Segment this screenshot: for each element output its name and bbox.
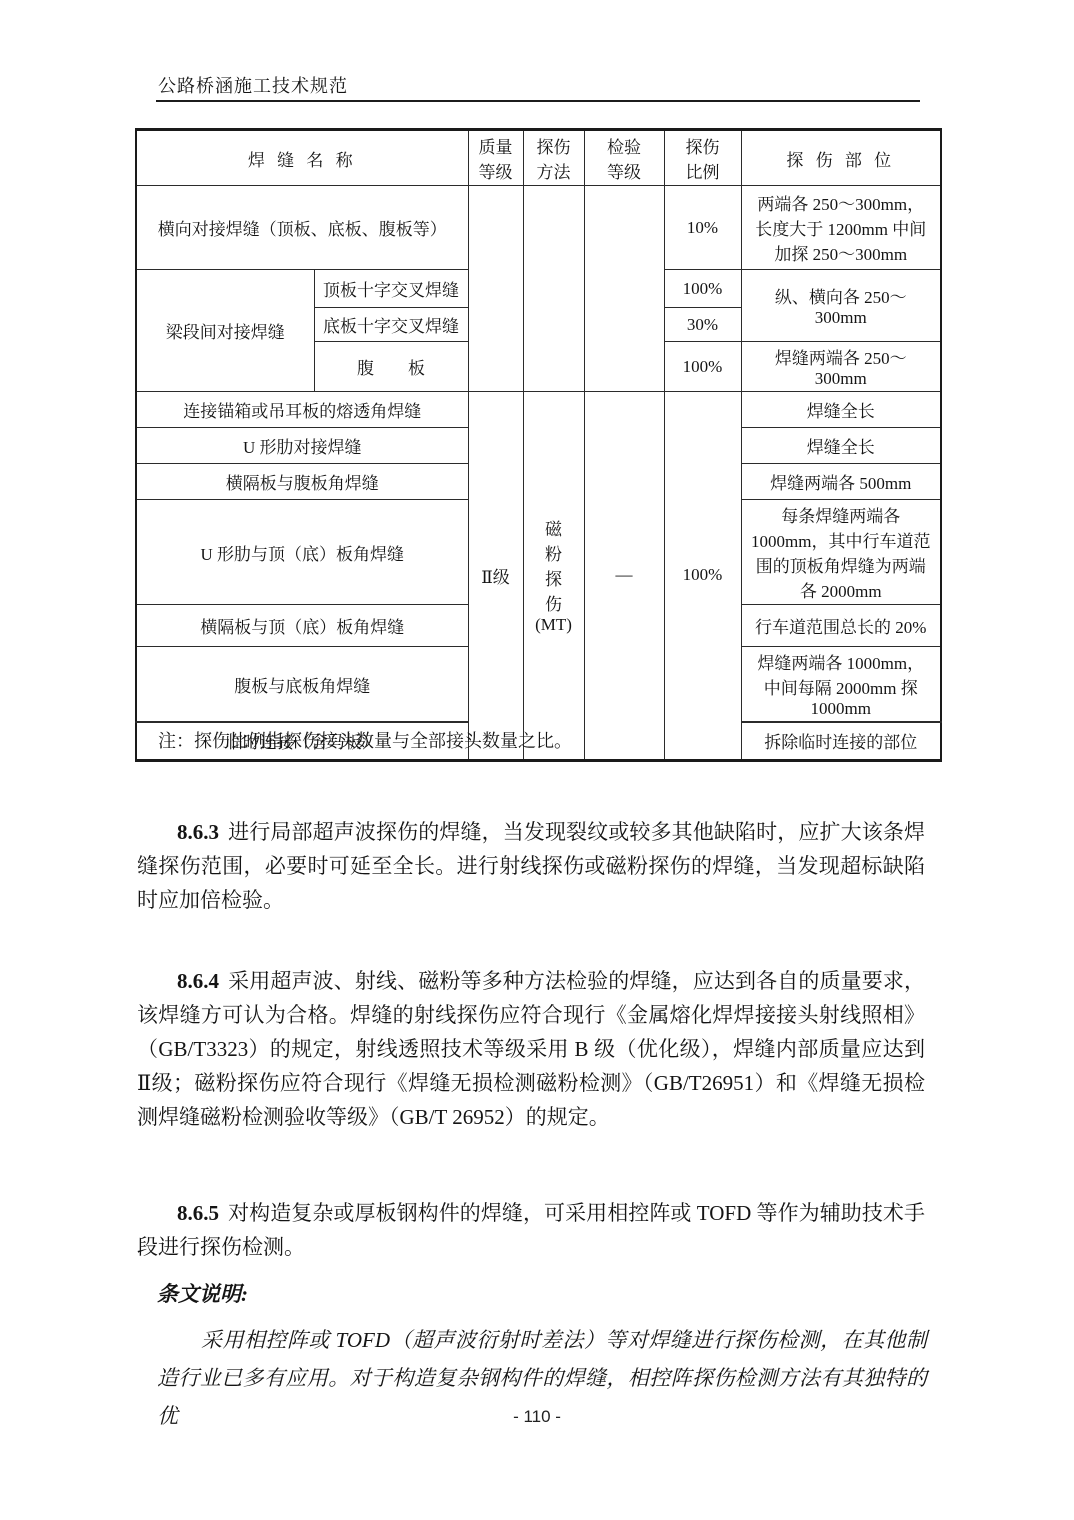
method-cell: 磁 粉 探 伤 (MT) bbox=[523, 392, 584, 761]
weld-name-cell: 顶板十字交叉焊缝 bbox=[314, 270, 468, 308]
table-row: 横向对接焊缝（顶板、底板、腹板等） 10% 两端各 250～300mm，长度大于… bbox=[136, 186, 941, 270]
location-cell: 焊缝全长 bbox=[741, 428, 941, 464]
weld-name-cell: 腹板与底板角焊缝 bbox=[136, 647, 468, 723]
location-cell: 两端各 250～300mm，长度大于 1200mm 中间加探 250～300mm bbox=[741, 186, 941, 270]
location-cell: 每条焊缝两端各 1000mm，其中行车道范围的顶板角焊缝为两端各 2000mm bbox=[741, 500, 941, 605]
weld-name-cell: 连接锚箱或吊耳板的熔透角焊缝 bbox=[136, 392, 468, 428]
table-row: 连接锚箱或吊耳板的熔透角焊缝 Ⅱ级 磁 粉 探 伤 (MT) — 100% 焊缝… bbox=[136, 392, 941, 428]
location-cell: 焊缝两端各 250～300mm bbox=[741, 342, 941, 392]
location-cell: 行车道范围总长的 20% bbox=[741, 605, 941, 647]
header-inspection-grade: 检验 等级 bbox=[584, 130, 664, 186]
ratio-cell: 10% bbox=[664, 186, 741, 270]
location-cell: 焊缝全长 bbox=[741, 392, 941, 428]
section-number: 8.6.4 bbox=[177, 969, 219, 993]
weld-name-cell: 横隔板与顶（底）板角焊缝 bbox=[136, 605, 468, 647]
header-weld-name: 焊 缝 名 称 bbox=[136, 130, 468, 186]
weld-name-cell: 腹 板 bbox=[314, 342, 468, 392]
ratio-cell: 30% bbox=[664, 308, 741, 342]
weld-name-cell: U 形肋与顶（底）板角焊缝 bbox=[136, 500, 468, 605]
document-page: 公路桥涵施工技术规范 焊 缝 名 称 质量 等级 探伤 方法 检验 等级 探伤 … bbox=[0, 0, 1074, 1520]
section-number: 8.6.5 bbox=[177, 1201, 219, 1225]
header-rule bbox=[156, 100, 920, 102]
weld-inspection-table: 焊 缝 名 称 质量 等级 探伤 方法 检验 等级 探伤 比例 探 伤 部 位 … bbox=[135, 128, 942, 762]
method-cell-empty bbox=[523, 186, 584, 392]
header-ratio: 探伤 比例 bbox=[664, 130, 741, 186]
weld-name-cell: U 形肋对接焊缝 bbox=[136, 428, 468, 464]
quality-grade-cell: Ⅱ级 bbox=[468, 392, 523, 761]
header-method: 探伤 方法 bbox=[523, 130, 584, 186]
section-8-6-3: 8.6.3进行局部超声波探伤的焊缝，当发现裂纹或较多其他缺陷时，应扩大该条焊缝探… bbox=[137, 815, 925, 917]
header-quality-grade: 质量 等级 bbox=[468, 130, 523, 186]
inspection-grade-cell-empty bbox=[584, 186, 664, 392]
weld-name-cell: 横向对接焊缝（顶板、底板、腹板等） bbox=[136, 186, 468, 270]
section-text: 采用超声波、射线、磁粉等多种方法检验的焊缝，应达到各自的质量要求，该焊缝方可认为… bbox=[137, 969, 925, 1129]
table-header-row: 焊 缝 名 称 质量 等级 探伤 方法 检验 等级 探伤 比例 探 伤 部 位 bbox=[136, 130, 941, 186]
section-8-6-4: 8.6.4采用超声波、射线、磁粉等多种方法检验的焊缝，应达到各自的质量要求，该焊… bbox=[137, 964, 925, 1134]
table-note: 注：探伤比例指探伤接头数量与全部接头数量之比。 bbox=[158, 727, 572, 753]
ratio-cell: 100% bbox=[664, 392, 741, 761]
section-text: 进行局部超声波探伤的焊缝，当发现裂纹或较多其他缺陷时，应扩大该条焊缝探伤范围，必… bbox=[137, 820, 925, 912]
page-header-title: 公路桥涵施工技术规范 bbox=[158, 72, 348, 98]
section-number: 8.6.3 bbox=[177, 820, 219, 844]
ratio-cell: 100% bbox=[664, 270, 741, 308]
section-text: 对构造复杂或厚板钢构件的焊缝，可采用相控阵或 TOFD 等作为辅助技术手段进行探… bbox=[137, 1201, 925, 1259]
weld-group-cell: 梁段间对接焊缝 bbox=[136, 270, 314, 392]
inspection-grade-cell: — bbox=[584, 392, 664, 761]
location-cell: 焊缝两端各 500mm bbox=[741, 464, 941, 500]
header-location: 探 伤 部 位 bbox=[741, 130, 941, 186]
location-cell: 拆除临时连接的部位 bbox=[741, 722, 941, 760]
weld-name-cell: 底板十字交叉焊缝 bbox=[314, 308, 468, 342]
ratio-cell: 100% bbox=[664, 342, 741, 392]
commentary-heading: 条文说明: bbox=[157, 1278, 248, 1308]
weld-name-cell: 横隔板与腹板角焊缝 bbox=[136, 464, 468, 500]
location-cell: 纵、横向各 250～300mm bbox=[741, 270, 941, 342]
location-cell: 焊缝两端各 1000mm，中间每隔 2000mm 探 1000mm bbox=[741, 647, 941, 723]
page-number: - 110 - bbox=[0, 1407, 1074, 1427]
quality-grade-cell-empty bbox=[468, 186, 523, 392]
section-8-6-5: 8.6.5对构造复杂或厚板钢构件的焊缝，可采用相控阵或 TOFD 等作为辅助技术… bbox=[137, 1196, 925, 1264]
